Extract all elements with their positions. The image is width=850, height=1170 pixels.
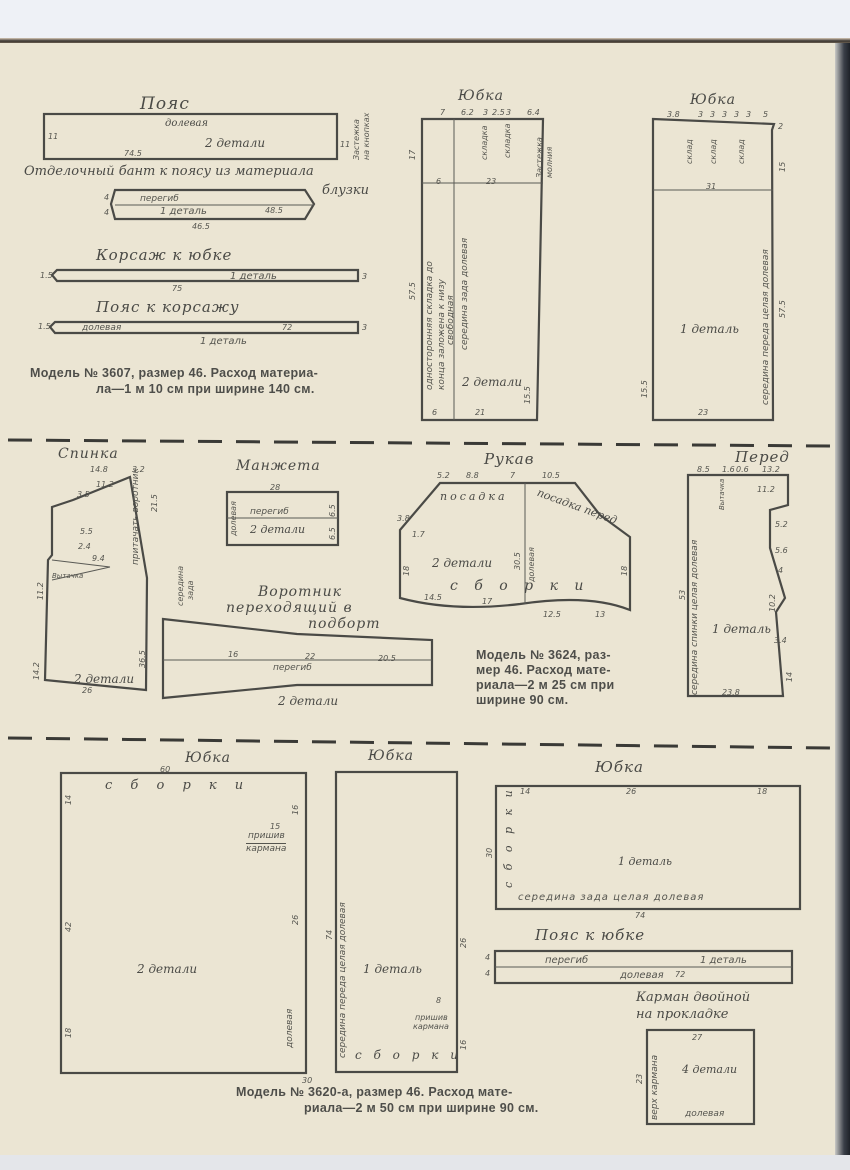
skirt-side-outline — [61, 773, 306, 1073]
skirt-front-b-pocket-2: кармана — [413, 1022, 449, 1031]
skirt-front-hip: 31 — [706, 182, 716, 191]
skirt-back-zip-label: Застежка — [535, 137, 544, 178]
back-dim: 14.2 — [32, 662, 41, 680]
skirt-front-outline — [653, 119, 774, 420]
collar-title-1: Воротник — [258, 584, 342, 600]
cuff-length: 28 — [270, 483, 280, 492]
bow-dim-h1: 4 — [104, 193, 109, 202]
sleeve-gather: с б о р к и — [450, 578, 589, 594]
skirt-back-top-dim: 6.4 — [527, 108, 540, 117]
bow-dim-inner: 48.5 — [265, 206, 283, 215]
waistband-h1: 4 — [485, 953, 490, 962]
front-dim: 3.4 — [774, 636, 787, 645]
collar-count: 2 детали — [278, 694, 338, 708]
bodice-strip-count: 1 деталь — [230, 271, 277, 282]
skirt-back-b-title: Юбка — [595, 758, 644, 776]
front-bottom: 23.8 — [722, 688, 740, 697]
belt-count: 2 детали — [205, 136, 265, 150]
front-height: 53 — [678, 590, 687, 600]
skirt-side-right-dim: 16 — [291, 805, 300, 815]
skirt-front-b-center-note: середина переда целая долевая — [338, 902, 348, 1058]
belt-width-left: 11 — [48, 132, 58, 141]
skirt-back-b-top-dim: 18 — [757, 787, 767, 796]
skirt-front-b-bottom: 30 — [302, 1076, 312, 1085]
model-3607-caption-2: ла—1 м 10 см при ширине 140 см. — [96, 382, 315, 397]
cuff-fold: перегиб — [250, 507, 289, 517]
skirt-back-top-dim: 2.5 — [492, 108, 505, 117]
skirt-front-left-low: 15.5 — [640, 380, 649, 398]
collar-center-back-2: зада — [186, 580, 195, 600]
sleeve-grain: долевая — [527, 547, 536, 582]
bow-count: 1 деталь — [160, 206, 207, 217]
skirt-front-top-dim: 3.8 — [667, 110, 680, 119]
front-outline — [688, 475, 788, 696]
section-divider-1 — [8, 440, 830, 446]
skirt-side-title: Юбка — [185, 750, 231, 766]
collar-dim: 16 — [228, 650, 238, 659]
pocket-grain: долевая — [685, 1109, 724, 1119]
waistband-count: 1 деталь — [700, 955, 747, 966]
skirt-back-height: 57.5 — [408, 282, 417, 300]
pocket-title-1: Карман двойной — [636, 990, 750, 1005]
pocket-title-2: на прокладке — [636, 1007, 728, 1022]
model-3624-caption-3: риала—2 м 25 см при — [476, 678, 614, 693]
skirt-front-height: 57.5 — [778, 300, 787, 318]
skirt-back-title: Юбка — [458, 88, 504, 104]
skirt-back-b-top-dim: 26 — [626, 787, 636, 796]
skirt-back-b-bottom: 74 — [635, 911, 645, 920]
front-dart: Вытачка — [718, 479, 726, 510]
belt-side-note-2: на кнопках — [362, 113, 371, 160]
sleeve-bottom-r1: 12.5 — [543, 610, 561, 619]
bodice-strip-length: 75 — [172, 284, 182, 293]
belt-length: 74.5 — [124, 149, 142, 158]
model-3624-caption-1: Модель № 3624, раз- — [476, 648, 611, 663]
back-right-lower: 36.5 — [138, 650, 147, 668]
skirt-side-grain: долевая — [285, 1009, 295, 1048]
sleeve-ease-left: посадка — [440, 490, 508, 503]
back-dim: 5.5 — [80, 527, 93, 536]
skirt-front-b-gather: с б о р к и — [355, 1048, 462, 1062]
sleeve-dim: 3.8 — [397, 514, 410, 523]
front-dim: 14 — [785, 672, 794, 682]
skirt-back-fold-label: складка — [480, 125, 489, 160]
skirt-side-pocket-2: кармана — [246, 843, 286, 854]
sleeve-height: 30.5 — [513, 552, 522, 570]
skirt-back-bottom-left: 6 — [432, 408, 437, 417]
skirt-front-count: 1 деталь — [680, 322, 739, 336]
sleeve-dim: 8.8 — [466, 471, 479, 480]
bodice-strip-left: 1.5 — [40, 271, 53, 280]
skirt-front-fold-label: склад — [709, 139, 718, 164]
skirt-front-fold-label: склад — [685, 139, 694, 164]
bodice-strip-outline — [52, 270, 358, 281]
skirt-back-outline-b — [496, 786, 800, 909]
skirt-back-side-low: 15.5 — [523, 386, 532, 404]
belt-to-bodice-count: 1 деталь — [200, 336, 247, 347]
waistband-h2: 4 — [485, 969, 490, 978]
back-dim: 2.4 — [78, 542, 91, 551]
skirt-back-top-dim: 6.2 — [461, 108, 474, 117]
front-shoulder: 11.2 — [757, 485, 775, 494]
collar-dim: 22 — [305, 652, 315, 661]
front-title: Перед — [735, 448, 790, 466]
skirt-back-hip-width: 23 — [486, 177, 496, 186]
skirt-back-b-gather: с б о р к и — [502, 786, 515, 888]
bodice-strip-title: Корсаж к юбке — [96, 246, 232, 264]
skirt-back-b-note: середина зада целая долевая — [518, 892, 704, 903]
skirt-front-b-right-dim: 26 — [459, 938, 468, 948]
front-count: 1 деталь — [712, 622, 771, 636]
belt-width-right: 11 — [340, 140, 350, 149]
skirt-back-note-3: свободная — [446, 295, 456, 345]
skirt-side-gather: с б о р к и — [105, 778, 250, 793]
front-dim: 8.5 — [697, 465, 710, 474]
skirt-front-top-dim: 3 — [698, 110, 703, 119]
bow-title-line1: Отделочный бант к поясу из материала — [24, 164, 314, 179]
collar-title-3: подборт — [308, 616, 381, 632]
model-3620a-caption-2: риала—2 м 50 см при ширине 90 см. — [304, 1101, 539, 1116]
belt-title: Пояс — [140, 94, 190, 114]
sleeve-dim: 1.7 — [412, 530, 425, 539]
skirt-back-bottom: 21 — [475, 408, 485, 417]
skirt-side-right-dim: 26 — [291, 915, 300, 925]
skirt-front-center-note: середина переда целая долевая — [761, 249, 771, 405]
model-3607-caption-1: Модель № 3607, размер 46. Расход материа… — [30, 366, 318, 381]
back-title: Спинка — [58, 446, 119, 462]
front-dim: 4 — [778, 566, 783, 575]
sleeve-dim: 7 — [510, 471, 515, 480]
collar-center-back-1: середина — [176, 566, 185, 606]
skirt-front-right-upper: 15 — [778, 162, 787, 172]
skirt-back-b-top-dim: 14 — [520, 787, 530, 796]
skirt-back-note-1: односторонняя складка до — [425, 261, 435, 390]
sleeve-count: 2 детали — [432, 556, 492, 570]
waistband-fold: перегиб — [545, 955, 588, 966]
sleeve-side-left: 18 — [402, 566, 411, 576]
back-dim: 9.4 — [92, 554, 105, 563]
model-3624-caption-2: мер 46. Расход мате- — [476, 663, 611, 678]
sleeve-dim: 5.2 — [437, 471, 450, 480]
bow-dim-h2: 4 — [104, 208, 109, 217]
front-dim: 0.6 — [736, 465, 749, 474]
back-top: 14.8 — [90, 465, 108, 474]
skirt-back-fold-label: складка — [503, 123, 512, 158]
sleeve-title: Рукав — [484, 450, 534, 468]
cuff-h2: 6.5 — [328, 527, 337, 540]
sleeve-dim: 10.5 — [542, 471, 560, 480]
bodice-strip-right: 3 — [362, 272, 367, 281]
pocket-width: 27 — [692, 1033, 702, 1042]
skirt-back-b-count: 1 деталь — [618, 855, 672, 868]
collar-fold: перегиб — [273, 663, 312, 673]
skirt-front-b-pocket-num: 8 — [436, 996, 441, 1005]
belt-to-bodice-length: 72 — [282, 323, 292, 332]
sleeve-bottom-left: 14.5 — [424, 593, 442, 602]
back-bottom: 26 — [82, 686, 92, 695]
belt-side-note-1: Застежка — [352, 119, 361, 160]
cuff-grain: долевая — [229, 501, 238, 536]
model-3620a-caption-1: Модель № 3620-а, размер 46. Расход мате- — [236, 1085, 513, 1100]
skirt-back-height-top: 17 — [408, 150, 417, 160]
skirt-front-top-dim: 5 — [763, 110, 768, 119]
waistband-title: Пояс к юбке — [535, 926, 645, 944]
belt-to-bodice-right: 3 — [362, 323, 367, 332]
skirt-back-b-left: 30 — [485, 848, 494, 858]
cuff-count: 2 детали — [250, 523, 305, 536]
front-dim: 1.6 — [722, 465, 735, 474]
waistband-length: 72 — [675, 970, 685, 979]
skirt-front-b-title: Юбка — [368, 748, 414, 764]
skirt-side-left-dim: 18 — [64, 1028, 73, 1038]
front-dim: 5.2 — [775, 520, 788, 529]
skirt-front-right-top: 2 — [778, 122, 783, 131]
skirt-front-b-count: 1 деталь — [363, 962, 422, 976]
skirt-side-left-dim: 42 — [64, 922, 73, 932]
skirt-front-title: Юбка — [690, 92, 736, 108]
collar-dim: 20.5 — [378, 654, 396, 663]
sleeve-bottom-r2: 13 — [595, 610, 605, 619]
back-seam-note: притачать воротник — [131, 468, 141, 565]
skirt-front-b-pocket-1: пришив — [415, 1013, 448, 1022]
front-dim: 13.2 — [762, 465, 780, 474]
skirt-back-hip-left: 6 — [436, 177, 441, 186]
skirt-back-count: 2 детали — [462, 375, 522, 389]
back-dim: 11.2 — [36, 582, 45, 600]
skirt-front-bottom: 23 — [698, 408, 708, 417]
section-divider-2 — [8, 738, 830, 748]
skirt-front-top-dim: 3 — [734, 110, 739, 119]
back-right-upper: 21.5 — [150, 494, 159, 512]
skirt-front-top-dim: 3 — [710, 110, 715, 119]
front-dim: 10.2 — [768, 594, 777, 612]
back-shoulder: 11.2 — [96, 480, 114, 489]
skirt-back-top-dim: 3 — [483, 108, 488, 117]
skirt-back-note-4: середина зада долевая — [460, 238, 470, 350]
belt-to-bodice-title: Пояс к корсажу — [96, 298, 240, 316]
collar-title-2: переходящий в — [226, 600, 353, 616]
skirt-front-top-dim: 3 — [746, 110, 751, 119]
skirt-side-count: 2 детали — [137, 962, 197, 976]
pocket-height: 23 — [635, 1074, 644, 1084]
skirt-front-top-dim: 3 — [722, 110, 727, 119]
pocket-count: 4 детали — [682, 1063, 737, 1076]
front-dim: 5.6 — [775, 546, 788, 555]
belt-to-bodice-left: 1.5 — [38, 322, 51, 331]
skirt-side-pocket-1: пришив — [248, 831, 285, 841]
cuff-title: Манжета — [236, 458, 321, 474]
skirt-back-zip-label: молния — [545, 147, 554, 178]
skirt-front-b-left: 74 — [325, 930, 334, 940]
back-dim: 3.5 — [77, 490, 90, 499]
sleeve-side-right: 18 — [620, 566, 629, 576]
pocket-top-note: верх кармана — [650, 1055, 660, 1120]
back-count: 2 детали — [74, 672, 134, 686]
skirt-front-fold-label: склад — [737, 139, 746, 164]
belt-grain: долевая — [165, 118, 208, 129]
cuff-h1: 6.5 — [328, 504, 337, 517]
skirt-back-top-dim: 3 — [506, 108, 511, 117]
back-dart-label: Вытачка — [52, 572, 83, 580]
bow-dim-length: 46.5 — [192, 222, 210, 231]
skirt-side-top: 60 — [160, 765, 170, 774]
bow-fold: перегиб — [140, 194, 179, 204]
model-3624-caption-4: ширине 90 см. — [476, 693, 568, 708]
skirt-side-pocket-num: 15 — [270, 822, 280, 831]
skirt-side-left-dim: 14 — [64, 795, 73, 805]
sleeve-bottom-mid: 17 — [482, 597, 492, 606]
skirt-back-top-dim: 7 — [440, 108, 445, 117]
bow-title-line2: блузки — [322, 183, 369, 198]
waistband-grain: долевая — [620, 970, 664, 981]
belt-to-bodice-grain: долевая — [82, 323, 121, 333]
front-center-note: середина спинки целая долевая — [690, 540, 700, 695]
